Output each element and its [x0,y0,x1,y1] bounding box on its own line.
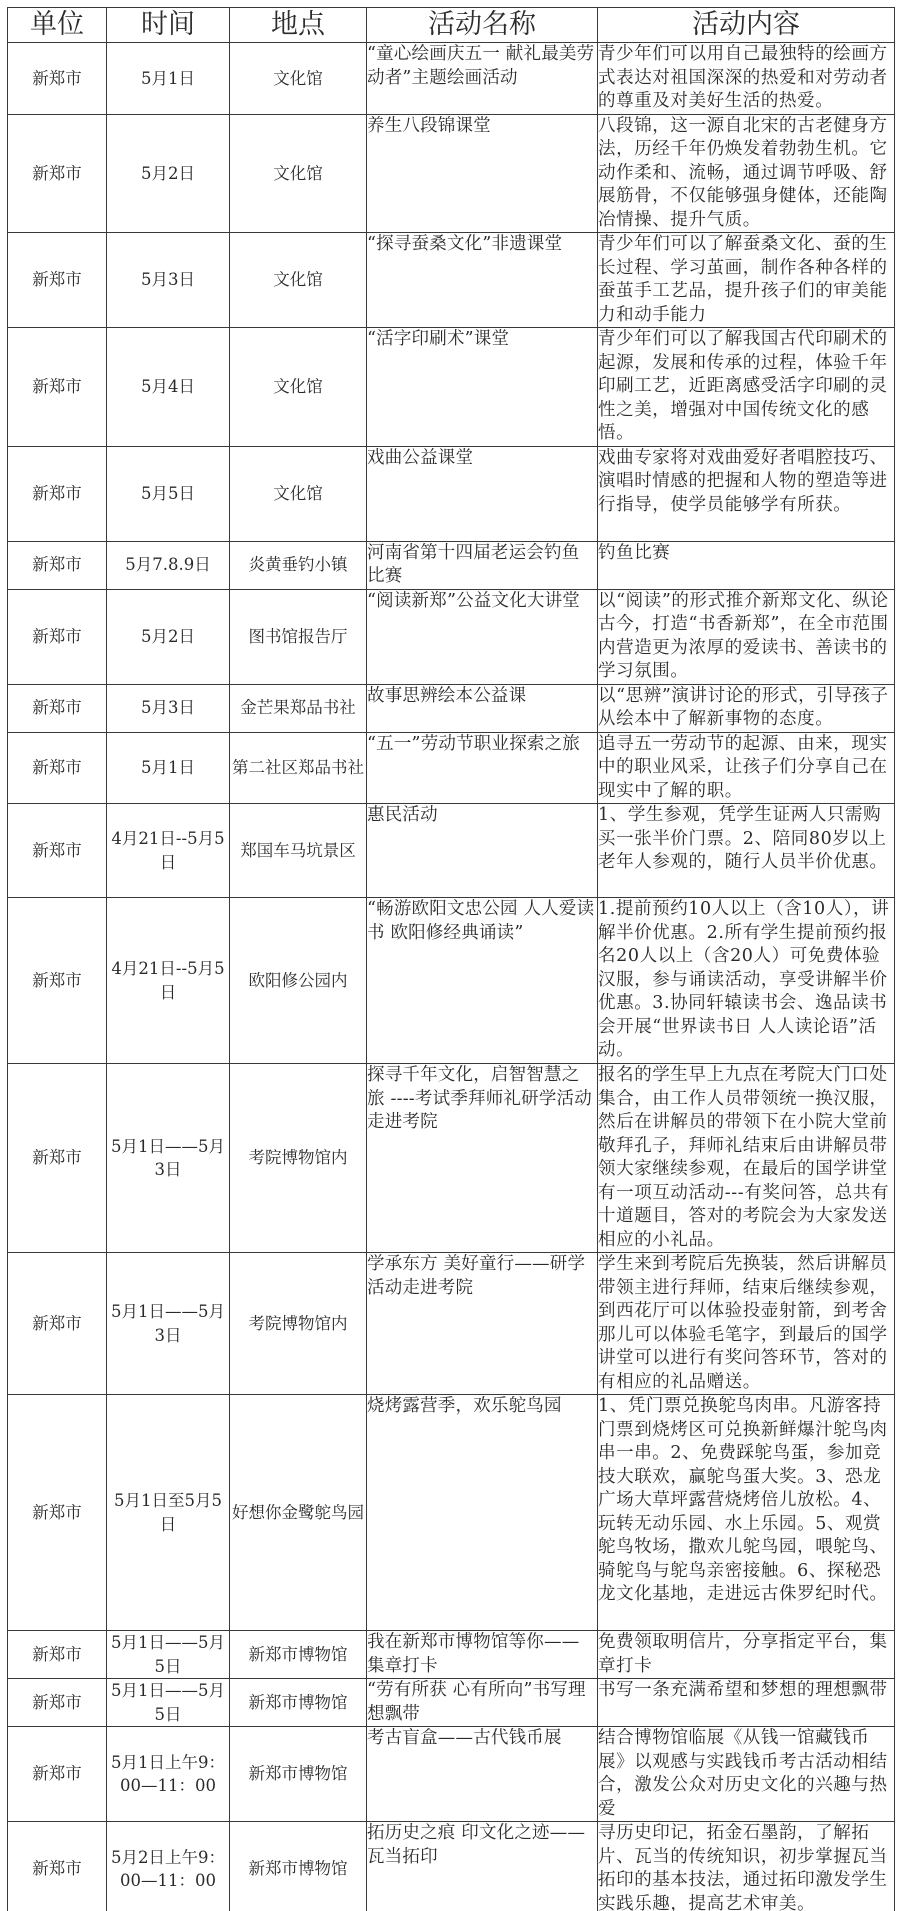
activity-content-cell: 1、学生参观，凭学生证两人只需购买一张半价门票。2、陪同80岁以上老年人参观的，… [598,804,895,898]
table-row: 新郑市5月1日上午9：00—11：00新郑市博物馆考古盲盒——古代钱币展结合博物… [8,1727,895,1822]
unit-cell: 新郑市 [8,114,107,233]
header-row: 单位 时间 地点 活动名称 活动内容 [8,8,895,43]
time-cell: 5月1日——5月3日 [107,1253,230,1395]
activity-name-cell: “畅游欧阳文忠公园 人人爱读书 欧阳修经典诵读” [367,898,598,1064]
table-row: 新郑市5月3日文化馆“探寻蚕桑文化”非遗课堂青少年们可以了解蚕桑文化、蚕的生长过… [8,233,895,328]
activity-content-cell: 戏曲专家将对戏曲爱好者唱腔技巧、演唱时情感的把握和人物的塑造等进行指导，使学员能… [598,446,895,541]
header-time: 时间 [107,8,230,43]
table-row: 新郑市5月1日——5月3日考院博物馆内探寻千年文化，启智智慧之旅 ----考试季… [8,1064,895,1253]
activity-content-cell: 结合博物馆临展《从钱一馆藏钱币展》以观感与实践钱币考古活动相结合，激发公众对历史… [598,1727,895,1822]
table-row: 新郑市5月2日文化馆养生八段锦课堂八段锦，这一源自北宋的古老健身方法，历经千年仍… [8,114,895,233]
unit-cell: 新郑市 [8,541,107,589]
activity-content-cell: 以“思辨”演讲讨论的形式，引导孩子从绘本中了解新事物的态度。 [598,684,895,732]
activity-name-cell: “五一”劳动节职业探索之旅 [367,732,598,804]
table-row: 新郑市5月1日第二社区郑品书社“五一”劳动节职业探索之旅追寻五一劳动节的起源、由… [8,732,895,804]
time-cell: 5月5日 [107,446,230,541]
unit-cell: 新郑市 [8,732,107,804]
table-row: 新郑市5月2日图书馆报告厅“阅读新郑”公益文化大讲堂以“阅读”的形式推介新郑文化… [8,589,895,684]
activity-name-cell: “活字印刷术”课堂 [367,328,598,447]
activity-content-cell: 以“阅读”的形式推介新郑文化、纵论古今，打造“书香新郑”，在全市范围内营造更为浓… [598,589,895,684]
unit-cell: 新郑市 [8,1253,107,1395]
activity-content-cell: 青少年们可以了解蚕桑文化、蚕的生长过程、学习茧画，制作各种各样的蚕茧手工艺品，提… [598,233,895,328]
activity-name-cell: “探寻蚕桑文化”非遗课堂 [367,233,598,328]
unit-cell: 新郑市 [8,43,107,115]
activity-name-cell: 我在新郑市博物馆等你——集章打卡 [367,1631,598,1679]
time-cell: 5月3日 [107,684,230,732]
table-row: 新郑市5月1日——5月3日考院博物馆内学承东方 美好童行——研学活动走进考院学生… [8,1253,895,1395]
time-cell: 5月3日 [107,233,230,328]
activity-content-cell: 寻历史印记，拓金石墨韵，了解拓片、瓦当的传统知识，初步掌握瓦当拓印的基本技法，通… [598,1822,895,1911]
table-row: 新郑市5月5日文化馆戏曲公益课堂戏曲专家将对戏曲爱好者唱腔技巧、演唱时情感的把握… [8,446,895,541]
table-row: 新郑市4月21日--5月5日欧阳修公园内“畅游欧阳文忠公园 人人爱读书 欧阳修经… [8,898,895,1064]
unit-cell: 新郑市 [8,1727,107,1822]
activity-content-cell: 青少年们可以用自己最独特的绘画方式表达对祖国深深的热爱和对劳动者的尊重及对美好生… [598,43,895,115]
activity-content-cell: 书写一条充满希望和梦想的理想飘带 [598,1679,895,1727]
place-cell: 新郑市博物馆 [230,1679,367,1727]
activity-name-cell: 河南省第十四届老运会钓鱼比赛 [367,541,598,589]
header-place: 地点 [230,8,367,43]
place-cell: 文化馆 [230,114,367,233]
time-cell: 5月2日 [107,589,230,684]
place-cell: 考院博物馆内 [230,1064,367,1253]
activity-name-cell: “阅读新郑”公益文化大讲堂 [367,589,598,684]
unit-cell: 新郑市 [8,898,107,1064]
unit-cell: 新郑市 [8,1631,107,1679]
activity-content-cell: 报名的学生早上九点在考院大门口处集合，由工作人员带领统一换汉服，然后在讲解员的带… [598,1064,895,1253]
place-cell: 考院博物馆内 [230,1253,367,1395]
place-cell: 郑国车马坑景区 [230,804,367,898]
activity-name-cell: 养生八段锦课堂 [367,114,598,233]
unit-cell: 新郑市 [8,589,107,684]
activity-name-cell: 学承东方 美好童行——研学活动走进考院 [367,1253,598,1395]
place-cell: 炎黄垂钓小镇 [230,541,367,589]
unit-cell: 新郑市 [8,1822,107,1911]
unit-cell: 新郑市 [8,1679,107,1727]
table-row: 新郑市5月1日——5月5日新郑市博物馆我在新郑市博物馆等你——集章打卡免费领取明… [8,1631,895,1679]
table-row: 新郑市5月1日文化馆“童心绘画庆五一 献礼最美劳动者”主题绘画活动青少年们可以用… [8,43,895,115]
activity-name-cell: 考古盲盒——古代钱币展 [367,1727,598,1822]
unit-cell: 新郑市 [8,328,107,447]
time-cell: 5月2日上午9：00—11：00 [107,1822,230,1911]
activity-name-cell: 惠民活动 [367,804,598,898]
place-cell: 文化馆 [230,328,367,447]
unit-cell: 新郑市 [8,804,107,898]
activity-content-cell: 免费领取明信片，分享指定平台，集章打卡 [598,1631,895,1679]
place-cell: 好想你金鹭鸵鸟园 [230,1395,367,1631]
time-cell: 5月1日——5月5日 [107,1679,230,1727]
time-cell: 5月1日——5月5日 [107,1631,230,1679]
unit-cell: 新郑市 [8,1395,107,1631]
time-cell: 5月7.8.9日 [107,541,230,589]
header-activity-content: 活动内容 [598,8,895,43]
place-cell: 文化馆 [230,233,367,328]
activity-content-cell: 1.提前预约10人以上（含10人），讲解半价优惠。2.所有学生提前预约报名20人… [598,898,895,1064]
table-row: 新郑市5月1日至5月5日好想你金鹭鸵鸟园烧烤露营季，欢乐鸵鸟园1、凭门票兑换鸵鸟… [8,1395,895,1631]
place-cell: 文化馆 [230,446,367,541]
activity-name-cell: 故事思辨绘本公益课 [367,684,598,732]
place-cell: 新郑市博物馆 [230,1727,367,1822]
table-row: 新郑市5月7.8.9日炎黄垂钓小镇河南省第十四届老运会钓鱼比赛钓鱼比赛 [8,541,895,589]
time-cell: 5月1日至5月5日 [107,1395,230,1631]
header-unit: 单位 [8,8,107,43]
place-cell: 图书馆报告厅 [230,589,367,684]
unit-cell: 新郑市 [8,684,107,732]
place-cell: 文化馆 [230,43,367,115]
place-cell: 欧阳修公园内 [230,898,367,1064]
activity-content-cell: 追寻五一劳动节的起源、由来，现实中的职业风采，让孩子们分享自己在现实中了解的职。 [598,732,895,804]
activity-name-cell: 烧烤露营季，欢乐鸵鸟园 [367,1395,598,1631]
time-cell: 5月1日上午9：00—11：00 [107,1727,230,1822]
place-cell: 第二社区郑品书社 [230,732,367,804]
activity-schedule-table: 单位 时间 地点 活动名称 活动内容 新郑市5月1日文化馆“童心绘画庆五一 献礼… [7,7,895,1911]
place-cell: 新郑市博物馆 [230,1631,367,1679]
place-cell: 金芒果郑品书社 [230,684,367,732]
table-row: 新郑市5月2日上午9：00—11：00新郑市博物馆拓历史之痕 印文化之迹——瓦当… [8,1822,895,1911]
time-cell: 4月21日--5月5日 [107,898,230,1064]
time-cell: 5月1日 [107,43,230,115]
time-cell: 4月21日--5月5日 [107,804,230,898]
time-cell: 5月1日——5月3日 [107,1064,230,1253]
table-row: 新郑市5月3日金芒果郑品书社故事思辨绘本公益课以“思辨”演讲讨论的形式，引导孩子… [8,684,895,732]
unit-cell: 新郑市 [8,446,107,541]
activity-content-cell: 1、凭门票兑换鸵鸟肉串。凡游客持门票到烧烤区可兑换新鲜爆汁鸵鸟肉串一串。2、免费… [598,1395,895,1631]
time-cell: 5月1日 [107,732,230,804]
activity-name-cell: 戏曲公益课堂 [367,446,598,541]
unit-cell: 新郑市 [8,1064,107,1253]
time-cell: 5月2日 [107,114,230,233]
unit-cell: 新郑市 [8,233,107,328]
time-cell: 5月4日 [107,328,230,447]
activity-name-cell: 探寻千年文化，启智智慧之旅 ----考试季拜师礼研学活动走进考院 [367,1064,598,1253]
table-row: 新郑市5月4日文化馆“活字印刷术”课堂青少年们可以了解我国古代印刷术的起源，发展… [8,328,895,447]
activity-content-cell: 钓鱼比赛 [598,541,895,589]
activity-content-cell: 八段锦，这一源自北宋的古老健身方法，历经千年仍焕发着勃勃生机。它动作柔和、流畅，… [598,114,895,233]
activity-content-cell: 学生来到考院后先换装，然后讲解员带领主进行拜师，结束后继续参观，到西花厅可以体验… [598,1253,895,1395]
header-activity-name: 活动名称 [367,8,598,43]
activity-name-cell: “劳有所获 心有所向”书写理想飘带 [367,1679,598,1727]
activity-name-cell: “童心绘画庆五一 献礼最美劳动者”主题绘画活动 [367,43,598,115]
place-cell: 新郑市博物馆 [230,1822,367,1911]
table-row: 新郑市5月1日——5月5日新郑市博物馆“劳有所获 心有所向”书写理想飘带书写一条… [8,1679,895,1727]
table-row: 新郑市4月21日--5月5日郑国车马坑景区惠民活动1、学生参观，凭学生证两人只需… [8,804,895,898]
activity-content-cell: 青少年们可以了解我国古代印刷术的起源，发展和传承的过程，体验千年印刷工艺，近距离… [598,328,895,447]
activity-name-cell: 拓历史之痕 印文化之迹——瓦当拓印 [367,1822,598,1911]
